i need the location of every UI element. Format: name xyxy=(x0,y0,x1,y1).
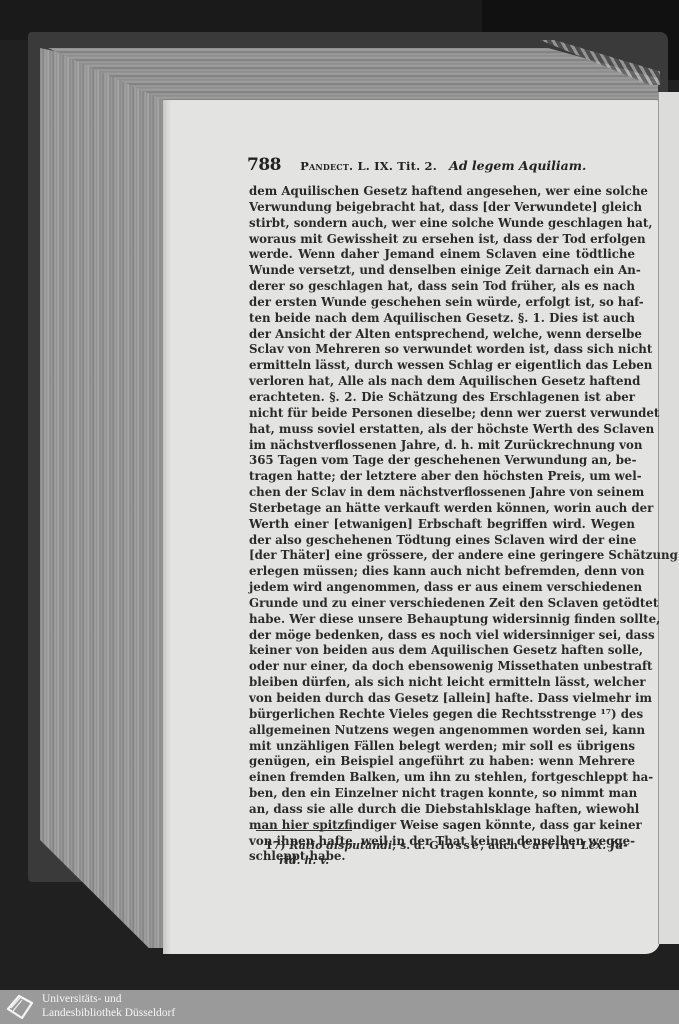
text-line: tragen hatte; der letztere aber den höch… xyxy=(249,469,635,485)
text-line: erachteten. §. 2. Die Schätzung des Ersc… xyxy=(249,390,635,406)
running-head-book: L. IX. Tit. 2. xyxy=(357,159,436,173)
footnote-text-1: ; s. d. xyxy=(392,839,425,852)
text-line: mit unzähligen Fällen belegt werden; mir… xyxy=(249,739,635,755)
text-line: Werth einer [etwanigen] Erbschaft begrif… xyxy=(249,517,635,533)
footnote-spaced-2: Calvini xyxy=(522,839,577,852)
text-line: bleiben dürfen, als sich nicht leicht er… xyxy=(249,675,635,691)
text-line: im nächstverflossenen Jahre, d. h. mit Z… xyxy=(249,438,635,454)
text-line: werde. Wenn daher Jemand einem Sclaven e… xyxy=(249,247,635,263)
text-line: verloren hat, Alle als nach dem Aquilisc… xyxy=(249,374,635,390)
page-header: 788 Pandect. L. IX. Tit. 2. Ad legem Aqu… xyxy=(247,155,667,175)
footnote-italic-1: Ratio disputandi xyxy=(289,839,392,852)
ulb-book-logo-icon[interactable] xyxy=(5,993,35,1021)
footnote-italic-2: Lex. Ju- xyxy=(581,839,628,852)
footnote-rule xyxy=(256,830,352,831)
text-line: Sterbetage an hätte verkauft werden könn… xyxy=(249,501,635,517)
footnote-text-2: , auch xyxy=(480,839,517,852)
footnote-marker: 17) xyxy=(265,839,286,852)
text-line: 365 Tagen vom Tage der geschehenen Verwu… xyxy=(249,453,635,469)
text-line: chen der Sclav in dem nächstverflossenen… xyxy=(249,485,635,501)
library-line-2: Landesbibliothek Düsseldorf xyxy=(42,1006,175,1020)
body-text: dem Aquilischen Gesetz haftend angesehen… xyxy=(249,184,635,865)
text-line: keiner von beiden aus dem Aquilischen Ge… xyxy=(249,643,635,659)
text-line: ten beide nach dem Aquilischen Gesetz. §… xyxy=(249,311,635,327)
text-line: ben, den ein Einzelner nicht tragen konn… xyxy=(249,786,635,802)
footnote-spaced-1: Glosse xyxy=(429,839,480,852)
text-line: woraus mit Gewissheit zu ersehen ist, da… xyxy=(249,232,635,248)
text-line: stirbt, sondern auch, wer eine solche Wu… xyxy=(249,216,635,232)
text-line: Sclav von Mehreren so verwundet worden i… xyxy=(249,342,635,358)
text-line: genügen, ein Beispiel angeführt zu haben… xyxy=(249,754,635,770)
text-line: Grunde und zu einer verschiedenen Zeit d… xyxy=(249,596,635,612)
text-line: bürgerlichen Rechte Vieles gegen die Rec… xyxy=(249,707,635,723)
page-number: 788 xyxy=(247,155,281,175)
text-line: der Ansicht der Alten entsprechend, welc… xyxy=(249,327,635,343)
page-edges-left xyxy=(40,48,168,948)
text-line: Verwundung beigebracht hat, dass [der Ve… xyxy=(249,200,635,216)
running-title: Ad legem Aquiliam. xyxy=(449,158,586,173)
text-line: der also geschehenen Tödtung eines Sclav… xyxy=(249,533,635,549)
text-line: man hier spitzfindiger Weise sagen könnt… xyxy=(249,818,635,834)
text-line: jedem wird angenommen, dass er aus einem… xyxy=(249,580,635,596)
text-line: an, dass sie alle durch die Diebstahlskl… xyxy=(249,802,635,818)
text-line: der ersten Wunde geschehen sein würde, e… xyxy=(249,295,635,311)
text-line: habe. Wer diese unsere Behauptung widers… xyxy=(249,612,635,628)
library-line-1: Universitäts- und xyxy=(42,992,175,1006)
text-line: dem Aquilischen Gesetz haftend angesehen… xyxy=(249,184,635,200)
text-line: Wunde versetzt, und denselben einige Zei… xyxy=(249,263,635,279)
text-line: oder nur einer, da doch ebensowenig Miss… xyxy=(249,659,635,675)
library-name[interactable]: Universitäts- und Landesbibliothek Düsse… xyxy=(42,992,175,1020)
text-line: derer so geschlagen hat, dass sein Tod f… xyxy=(249,279,635,295)
text-line: von beiden durch das Gesetz [allein] haf… xyxy=(249,691,635,707)
text-line: hat, muss soviel erstatten, als der höch… xyxy=(249,422,635,438)
footnote-italic-3: rid. h. v. xyxy=(279,854,329,867)
scan-image: 788 Pandect. L. IX. Tit. 2. Ad legem Aqu… xyxy=(0,0,679,990)
running-head-prefix: Pandect. xyxy=(300,159,353,173)
text-line: der möge bedenken, dass es noch viel wid… xyxy=(249,628,635,644)
text-line: erlegen müssen; dies kann auch nicht bef… xyxy=(249,564,635,580)
text-line: einen fremden Balken, um ihn zu stehlen,… xyxy=(249,770,635,786)
text-line: allgemeinen Nutzens wegen angenommen wor… xyxy=(249,723,635,739)
text-line: [der Thäter] eine grössere, der andere e… xyxy=(249,548,635,564)
text-line: nicht für beide Personen dieselbe; denn … xyxy=(249,406,635,422)
facing-page-edge xyxy=(658,92,679,944)
text-line: ermitteln lässt, durch wessen Schlag er … xyxy=(249,358,635,374)
running-head: Pandect. L. IX. Tit. 2. xyxy=(300,159,441,173)
footnote: 17) Ratio disputandi; s. d. Glosse, auch… xyxy=(265,838,645,868)
